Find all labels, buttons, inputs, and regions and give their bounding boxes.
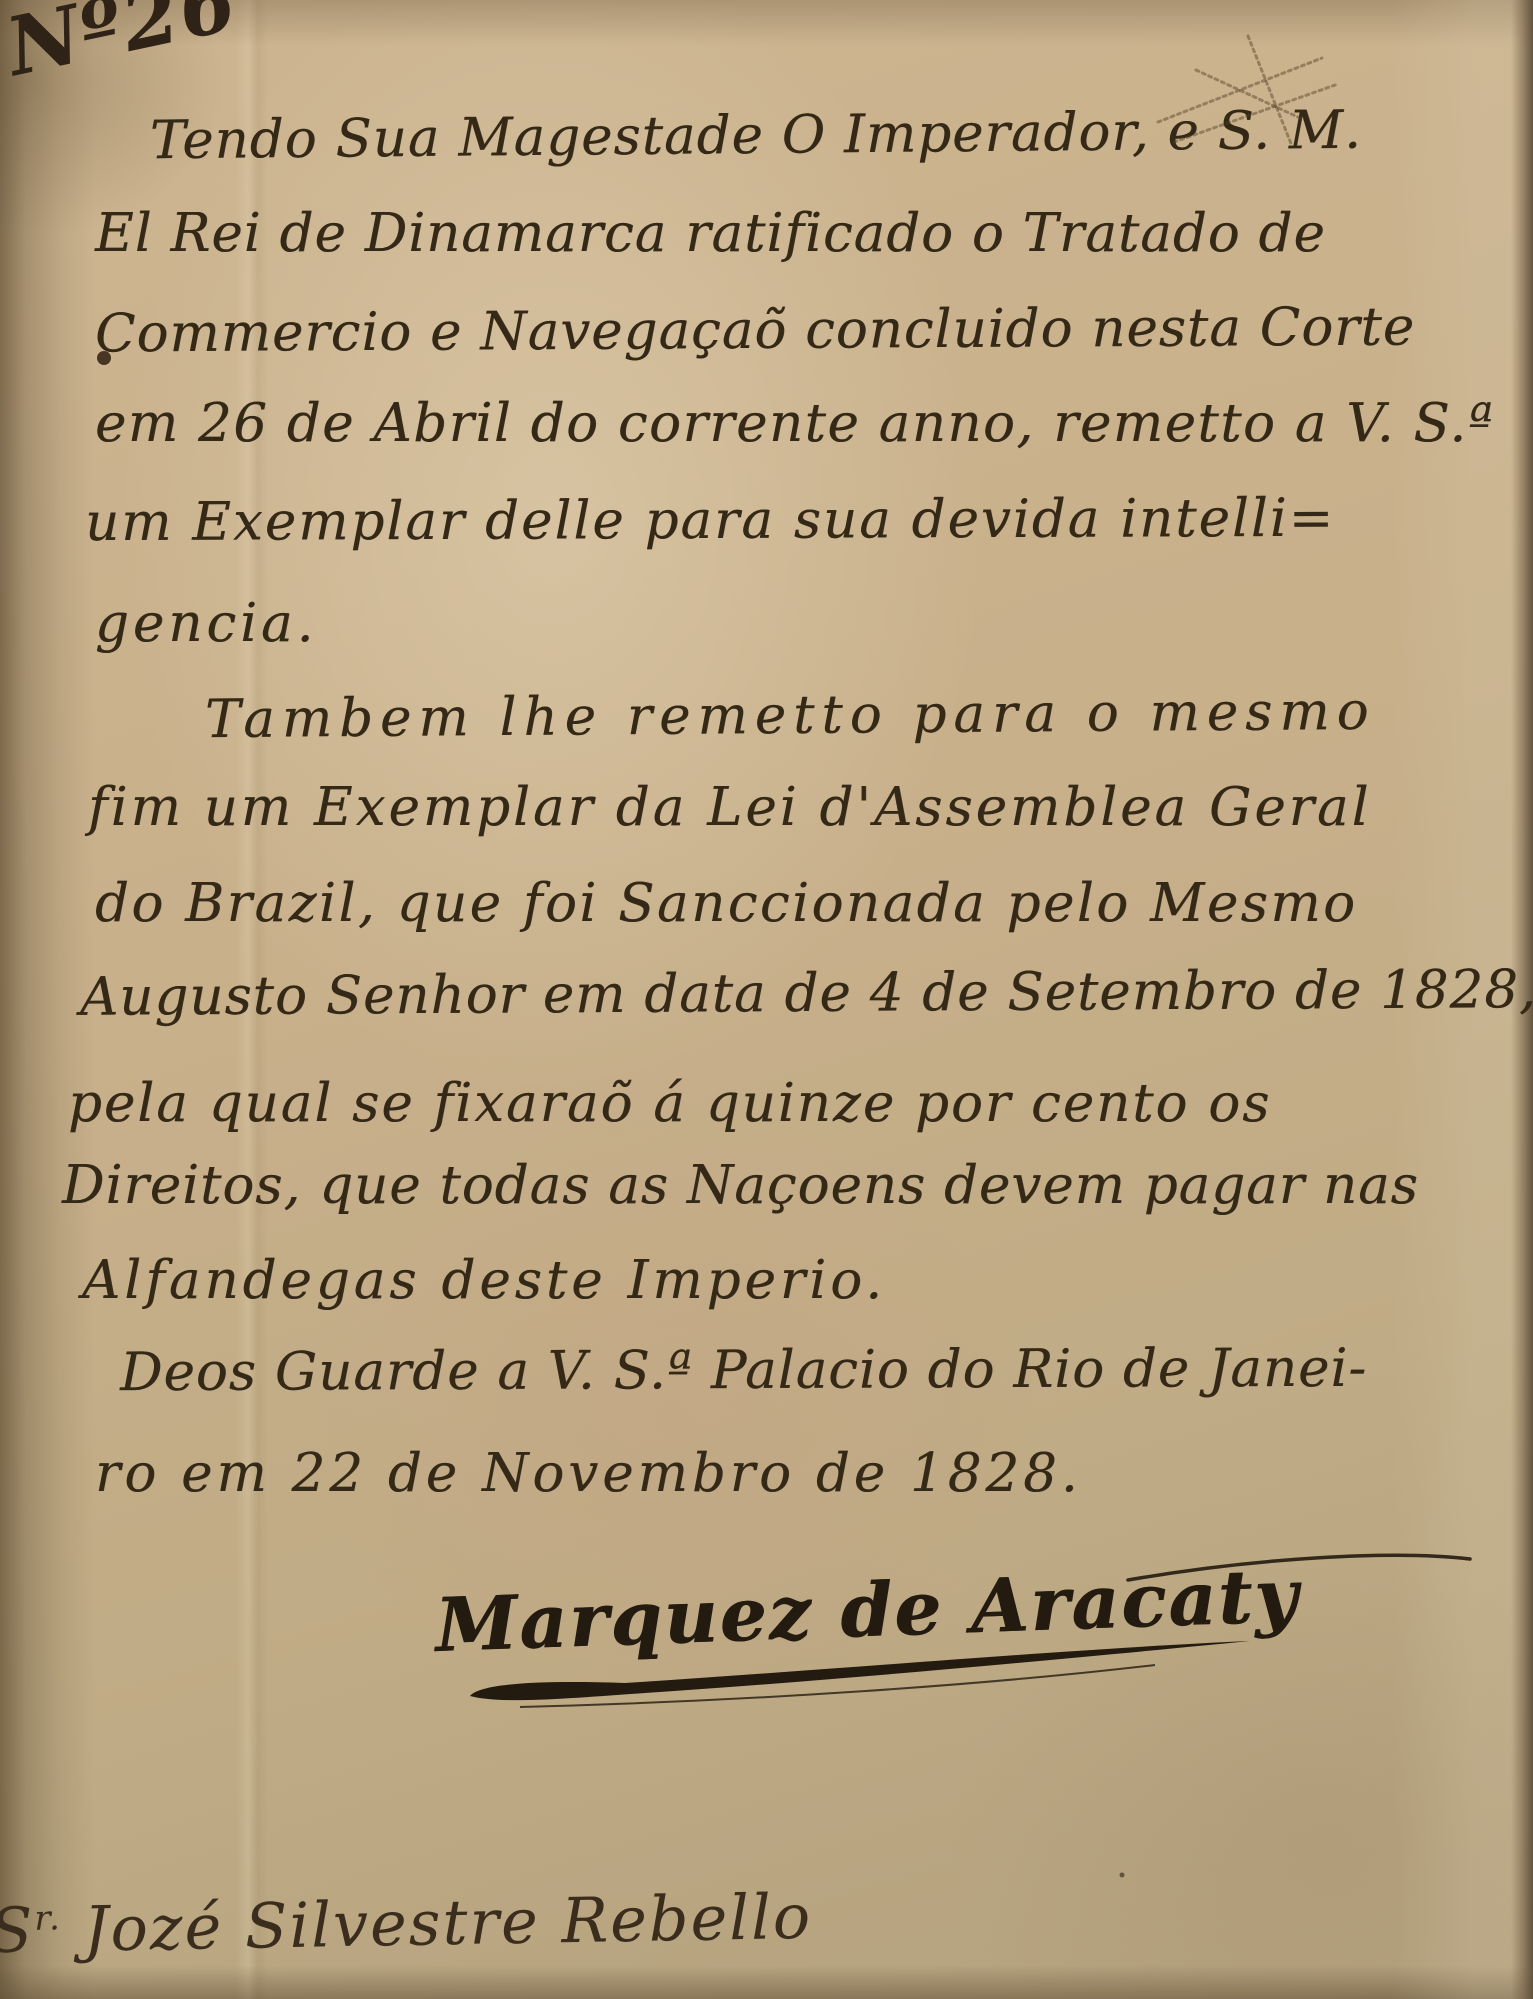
manuscript-line: pela qual se fixaraõ á quinze por cento …	[68, 1077, 1271, 1130]
addressee-abbr: S	[0, 1893, 35, 1967]
manuscript-line: Commercio e Navegaçaõ concluido nesta Co…	[95, 301, 1415, 361]
manuscript-line: El Rei de Dinamarca ratificado o Tratado…	[95, 207, 1326, 260]
signature-flourish-return	[520, 1665, 1155, 1707]
manuscript-line: Tambem lhe remetto para o mesmo	[205, 685, 1376, 746]
addressee-line: Sr. Jozé Silvestre Rebello	[0, 1886, 813, 1962]
manuscript-line: do Brazil, que foi Sanccionada pelo Mesm…	[95, 877, 1358, 930]
manuscript-line: ro em 22 de Novembro de 1828.	[95, 1447, 1082, 1500]
manuscript-line: Direitos, que todas as Naçoens devem pag…	[62, 1159, 1419, 1212]
manuscript-page: Nº26 Tendo Sua Magestade O Imperador, e …	[0, 0, 1533, 1999]
ink-speck	[1120, 1873, 1125, 1878]
manuscript-line: Deos Guarde a V. S.ª Palacio do Rio de J…	[120, 1342, 1367, 1399]
manuscript-line: gencia.	[95, 597, 318, 650]
manuscript-line: Tendo Sua Magestade O Imperador, e S. M.	[150, 104, 1362, 168]
signature: Marquez de Aracaty	[434, 1559, 1300, 1663]
manuscript-line: Alfandegas deste Imperio.	[82, 1254, 886, 1307]
addressee-abbr-superscript: r.	[34, 1898, 62, 1938]
page-number-label: Nº26	[0, 0, 244, 87]
manuscript-line: em 26 de Abril do corrente anno, remetto…	[95, 397, 1494, 450]
addressee-name: Jozé Silvestre Rebello	[83, 1880, 813, 1966]
manuscript-line: um Exemplar delle para sua devida intell…	[85, 492, 1335, 549]
manuscript-line: Augusto Senhor em data de 4 de Setembro …	[80, 963, 1533, 1024]
manuscript-line: fim um Exemplar da Lei d'Assemblea Geral	[88, 781, 1372, 834]
